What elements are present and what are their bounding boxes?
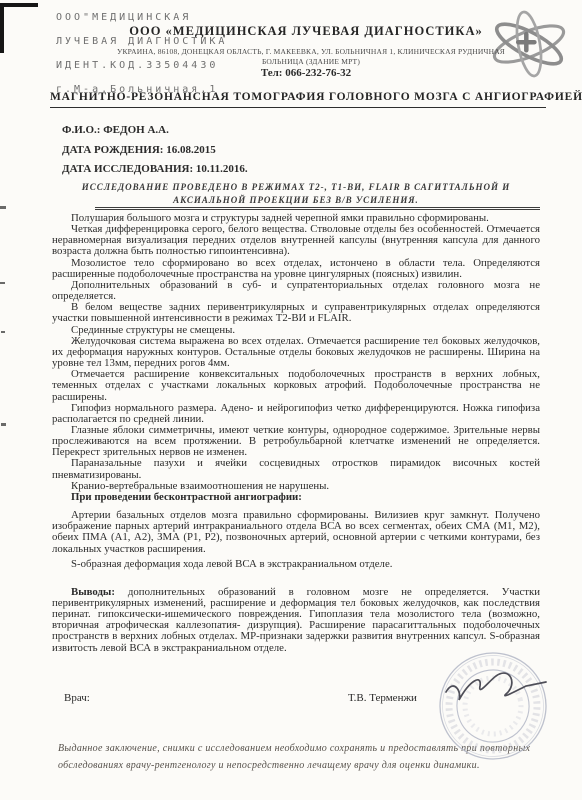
- study-date-label: ДАТА ИССЛЕДОВАНИЯ:: [62, 163, 193, 175]
- finding-paragraph: Мозолистое тело сформировано во всех отд…: [52, 258, 540, 280]
- birthdate-label: ДАТА РОЖДЕНИЯ:: [62, 144, 163, 156]
- angiography-section-header: При проведении бесконтрастной ангиографи…: [52, 492, 540, 503]
- patient-info: Ф.И.О.: ФЕДОН А.А. ДАТА РОЖДЕНИЯ: 16.08.…: [62, 121, 248, 180]
- doctor-label: Врач:: [64, 692, 90, 704]
- ink-stamp-line: ООО"МЕДИЦИНСКАЯ: [56, 12, 191, 23]
- finding-paragraph: Дополнительных образований в суб- и супр…: [52, 280, 540, 302]
- ink-stamp-line: г.М-а.Больничная.1: [56, 84, 218, 95]
- scan-speck: [0, 282, 5, 284]
- ink-stamp-line: ИДЕНТ.КОД.33504430: [56, 60, 218, 71]
- finding-paragraph: В белом веществе задних перивентрикулярн…: [52, 302, 540, 324]
- report-body: Полушария большого мозга и структуры зад…: [52, 213, 540, 654]
- patient-name-value: ФЕДОН А.А.: [103, 124, 169, 136]
- section-divider: [95, 203, 540, 210]
- clinic-ink-stamp: ООО"МЕДИЦИНСКАЯ ЛУЧЕВАЯ ДИАГНОСТИКА ИДЕН…: [56, 12, 227, 96]
- patient-name-label: Ф.И.О.:: [62, 124, 100, 136]
- scan-speck: [1, 423, 6, 426]
- round-seal-icon: [428, 640, 558, 775]
- patient-birthdate-row: ДАТА РОЖДЕНИЯ: 16.08.2015: [62, 141, 248, 161]
- birthdate-value: 16.08.2015: [166, 144, 216, 156]
- doctor-name: Т.В. Терменжи: [348, 692, 417, 704]
- finding-paragraph: Гипофиз нормального размера. Адено- и не…: [52, 403, 540, 425]
- study-date-row: ДАТА ИССЛЕДОВАНИЯ: 10.11.2016.: [62, 160, 248, 180]
- clinic-address-line2: БОЛЬНИЦА (ЗДАНИЕ МРТ): [262, 57, 360, 66]
- scan-corner-mark: [0, 3, 4, 53]
- mri-report-page: ООО"МЕДИЦИНСКАЯ ЛУЧЕВАЯ ДИАГНОСТИКА ИДЕН…: [0, 0, 582, 800]
- scan-speck: [0, 206, 6, 209]
- finding-paragraph: Желудочковая система выражена во всех от…: [52, 336, 540, 369]
- scan-speck: [1, 331, 5, 333]
- scan-corner-mark: [2, 3, 38, 7]
- study-date-value: 10.11.2016.: [196, 163, 248, 175]
- angiography-paragraph: S-образная деформация хода левой ВСА в э…: [52, 559, 540, 570]
- protocol-line1: ИССЛЕДОВАНИЕ ПРОВЕДЕНО В РЕЖИМАХ Т2-, Т1…: [82, 182, 511, 192]
- finding-paragraph: Параназальные пазухи и ячейки сосцевидны…: [52, 458, 540, 480]
- finding-paragraph: Глазные яблоки симметричны, имеют четкие…: [52, 425, 540, 458]
- finding-paragraph: Четкая дифференцировка серого, белого ве…: [52, 224, 540, 257]
- ink-stamp-line: ЛУЧЕВАЯ ДИАГНОСТИКА: [56, 36, 227, 47]
- patient-name-row: Ф.И.О.: ФЕДОН А.А.: [62, 121, 248, 141]
- angiography-paragraph: Артерии базальных отделов мозга правильн…: [52, 510, 540, 555]
- footer-note-line2: обследованиях врачу-рентгенологу и непос…: [58, 760, 480, 771]
- finding-paragraph: Отмечается расширение конвекситальных по…: [52, 369, 540, 402]
